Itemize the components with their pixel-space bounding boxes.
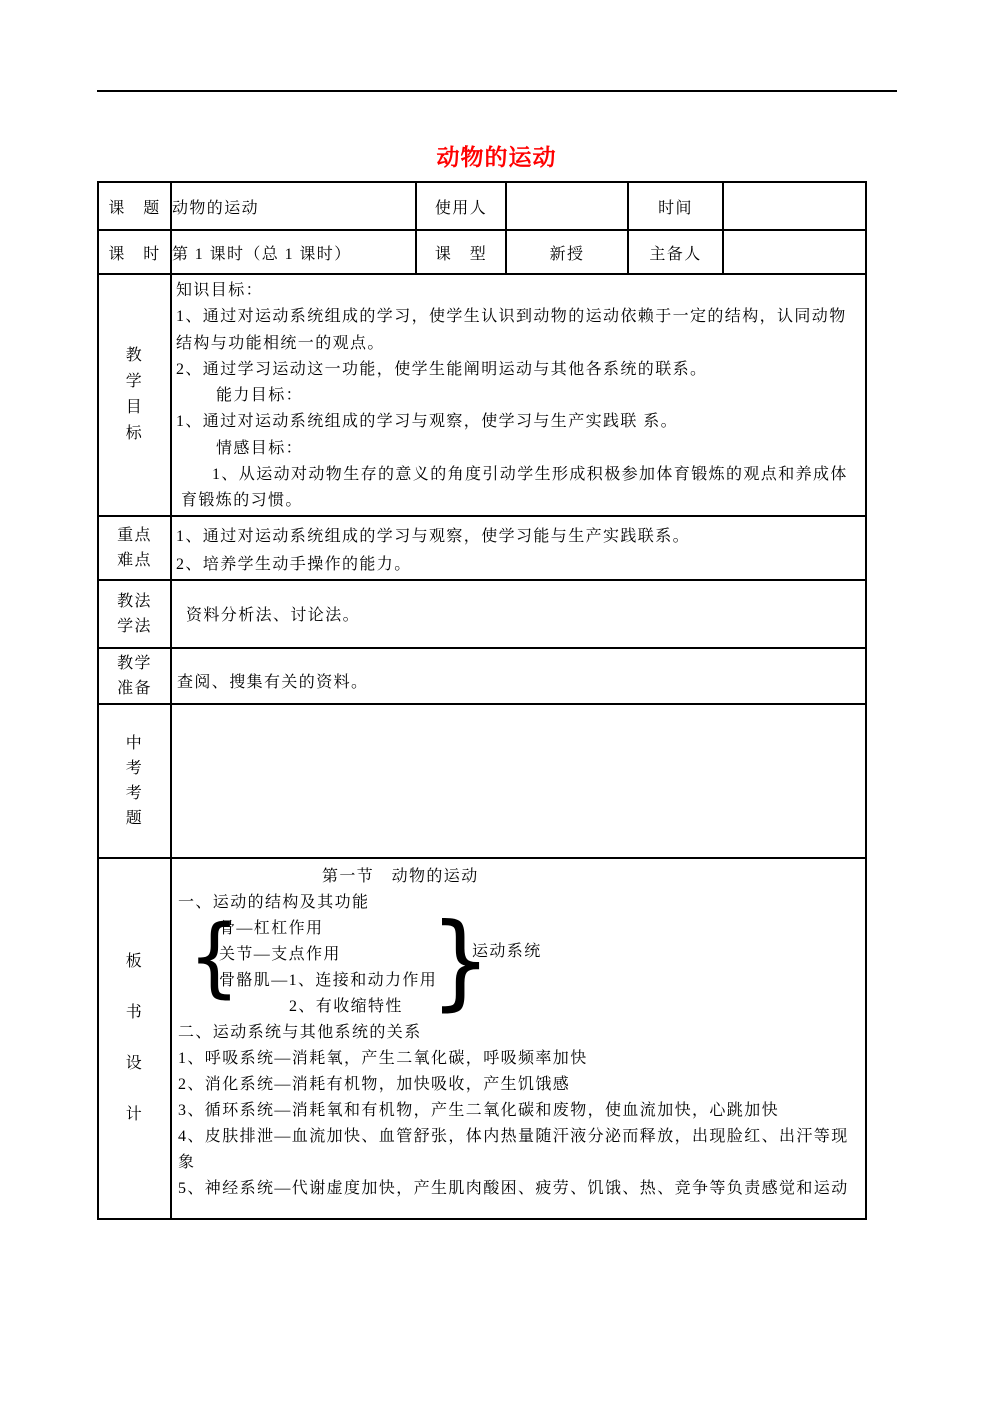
label-char: 设 <box>99 1038 170 1089</box>
board-brace-item: 骨骼肌—1、连接和动力作用 <box>172 968 865 994</box>
document-page: 动物的运动 课 题 动物的运动 使用人 时间 课 时 第 1 课时（总 1 课时… <box>0 0 993 1404</box>
board-item: 3、循环系统—消耗氧和有机物，产生二氧化碳和废物，使血流加快，心跳加快 <box>172 1098 865 1124</box>
lesson-type-value: 新授 <box>506 230 628 274</box>
methods-text: 资料分析法、讨论法。 <box>172 602 865 625</box>
brace-group-label: 运动系统 <box>472 938 542 961</box>
objectives-line: 情感目标： <box>172 436 865 462</box>
time-label: 时间 <box>628 182 723 230</box>
preparation-text: 查阅、搜集有关的资料。 <box>172 649 865 692</box>
label-char: 中 <box>99 731 170 756</box>
user-label: 使用人 <box>416 182 506 230</box>
label-char: 计 <box>99 1089 170 1140</box>
board-section-2: 二、运动系统与其他系统的关系 <box>172 1020 865 1046</box>
page-title: 动物的运动 <box>0 139 993 172</box>
header-rule <box>97 90 897 92</box>
topic-value: 动物的运动 <box>171 182 416 230</box>
objectives-content: 知识目标： 1、通过对运动系统组成的学习，使学生认识到动物的运动依赖于一定的结构… <box>171 274 866 516</box>
preparation-label: 教学 准备 <box>98 648 171 704</box>
label-char: 考 <box>99 756 170 781</box>
board-heading: 第一节 动物的运动 <box>172 864 865 890</box>
lesson-type-label: 课 型 <box>416 230 506 274</box>
label-line: 教学 <box>99 651 170 676</box>
objectives-line: 2、通过学习运动这一功能，使学生能阐明运动与其他各系统的联系。 <box>172 357 865 383</box>
exam-questions-content <box>171 704 866 858</box>
row-key-points: 重点 难点 1、通过对运动系统组成的学习与观察，使学习能与生产实践联系。 2、培… <box>98 516 866 580</box>
label-char: 板 <box>99 936 170 987</box>
label-char: 教 <box>99 343 170 369</box>
preparer-label: 主备人 <box>628 230 723 274</box>
key-points-line: 2、培养学生动手操作的能力。 <box>172 551 865 579</box>
board-design-label: 板 书 设 计 <box>98 858 171 1219</box>
board-item: 2、消化系统—消耗有机物，加快吸收，产生饥饿感 <box>172 1072 865 1098</box>
objectives-line: 1、从运动对动物生存的意义的角度引动学生形成积极参加体育锻炼的观点和养成体 <box>172 462 865 488</box>
lesson-plan-table: 课 题 动物的运动 使用人 时间 课 时 第 1 课时（总 1 课时） 课 型 … <box>97 181 867 1220</box>
period-label: 课 时 <box>98 230 171 274</box>
objectives-label: 教 学 目 标 <box>98 274 171 516</box>
methods-label: 教法 学法 <box>98 580 171 648</box>
objectives-line: 育锻炼的习惯。 <box>172 488 865 514</box>
key-points-label: 重点 难点 <box>98 516 171 580</box>
objectives-line: 1、通过对运动系统组成的学习与观察，使学习与生产实践联 系。 <box>172 409 865 435</box>
period-value: 第 1 课时（总 1 课时） <box>171 230 416 274</box>
label-char: 题 <box>99 806 170 831</box>
row-objectives: 教 学 目 标 知识目标： 1、通过对运动系统组成的学习，使学生认识到动物的运动… <box>98 274 866 516</box>
label-char: 标 <box>99 421 170 447</box>
label-char: 书 <box>99 987 170 1038</box>
board-item: 5、神经系统—代谢虚度加快，产生肌肉酸困、疲劳、饥饿、热、竞争等负责感觉和运动 <box>172 1176 865 1202</box>
label-line: 学法 <box>99 614 170 639</box>
preparer-value <box>723 230 866 274</box>
user-value <box>506 182 628 230</box>
label-line: 重点 <box>99 523 170 548</box>
time-value <box>723 182 866 230</box>
board-design-content: 第一节 动物的运动 一、运动的结构及其功能 骨—杠杠作用 关节—支点作用 骨骼肌… <box>171 858 866 1219</box>
left-brace-icon: { <box>188 915 240 1001</box>
row-methods: 教法 学法 资料分析法、讨论法。 <box>98 580 866 648</box>
row-board-design: 板 书 设 计 第一节 动物的运动 一、运动的结构及其功能 骨—杠杠作用 关节—… <box>98 858 866 1219</box>
key-points-content: 1、通过对运动系统组成的学习与观察，使学习能与生产实践联系。 2、培养学生动手操… <box>171 516 866 580</box>
key-points-line: 1、通过对运动系统组成的学习与观察，使学习能与生产实践联系。 <box>172 523 865 551</box>
topic-label: 课 题 <box>98 182 171 230</box>
row-topic: 课 题 动物的运动 使用人 时间 <box>98 182 866 230</box>
row-period: 课 时 第 1 课时（总 1 课时） 课 型 新授 主备人 <box>98 230 866 274</box>
exam-questions-label: 中 考 考 题 <box>98 704 171 858</box>
row-exam-questions: 中 考 考 题 <box>98 704 866 858</box>
objectives-line: 能力目标： <box>172 383 865 409</box>
label-char: 目 <box>99 395 170 421</box>
label-char: 考 <box>99 781 170 806</box>
board-item: 1、呼吸系统—消耗氧，产生二氧化碳，呼吸频率加快 <box>172 1046 865 1072</box>
objectives-line: 1、通过对运动系统组成的学习，使学生认识到动物的运动依赖于一定的结构，认同动物 <box>172 304 865 330</box>
methods-content: 资料分析法、讨论法。 <box>171 580 866 648</box>
row-preparation: 教学 准备 查阅、搜集有关的资料。 <box>98 648 866 704</box>
objectives-line: 知识目标： <box>172 278 865 304</box>
board-brace-item: 2、有收缩特性 <box>172 994 865 1020</box>
label-line: 教法 <box>99 589 170 614</box>
label-line: 难点 <box>99 548 170 573</box>
preparation-content: 查阅、搜集有关的资料。 <box>171 648 866 704</box>
board-section-1: 一、运动的结构及其功能 <box>172 890 865 916</box>
board-item: 4、皮肤排泄—血流加快、血管舒张，体内热量随汗液分泌而释放，出现脸红、出汗等现象 <box>172 1124 865 1176</box>
objectives-line: 结构与功能相统一的观点。 <box>172 331 865 357</box>
label-line: 准备 <box>99 676 170 701</box>
label-char: 学 <box>99 369 170 395</box>
